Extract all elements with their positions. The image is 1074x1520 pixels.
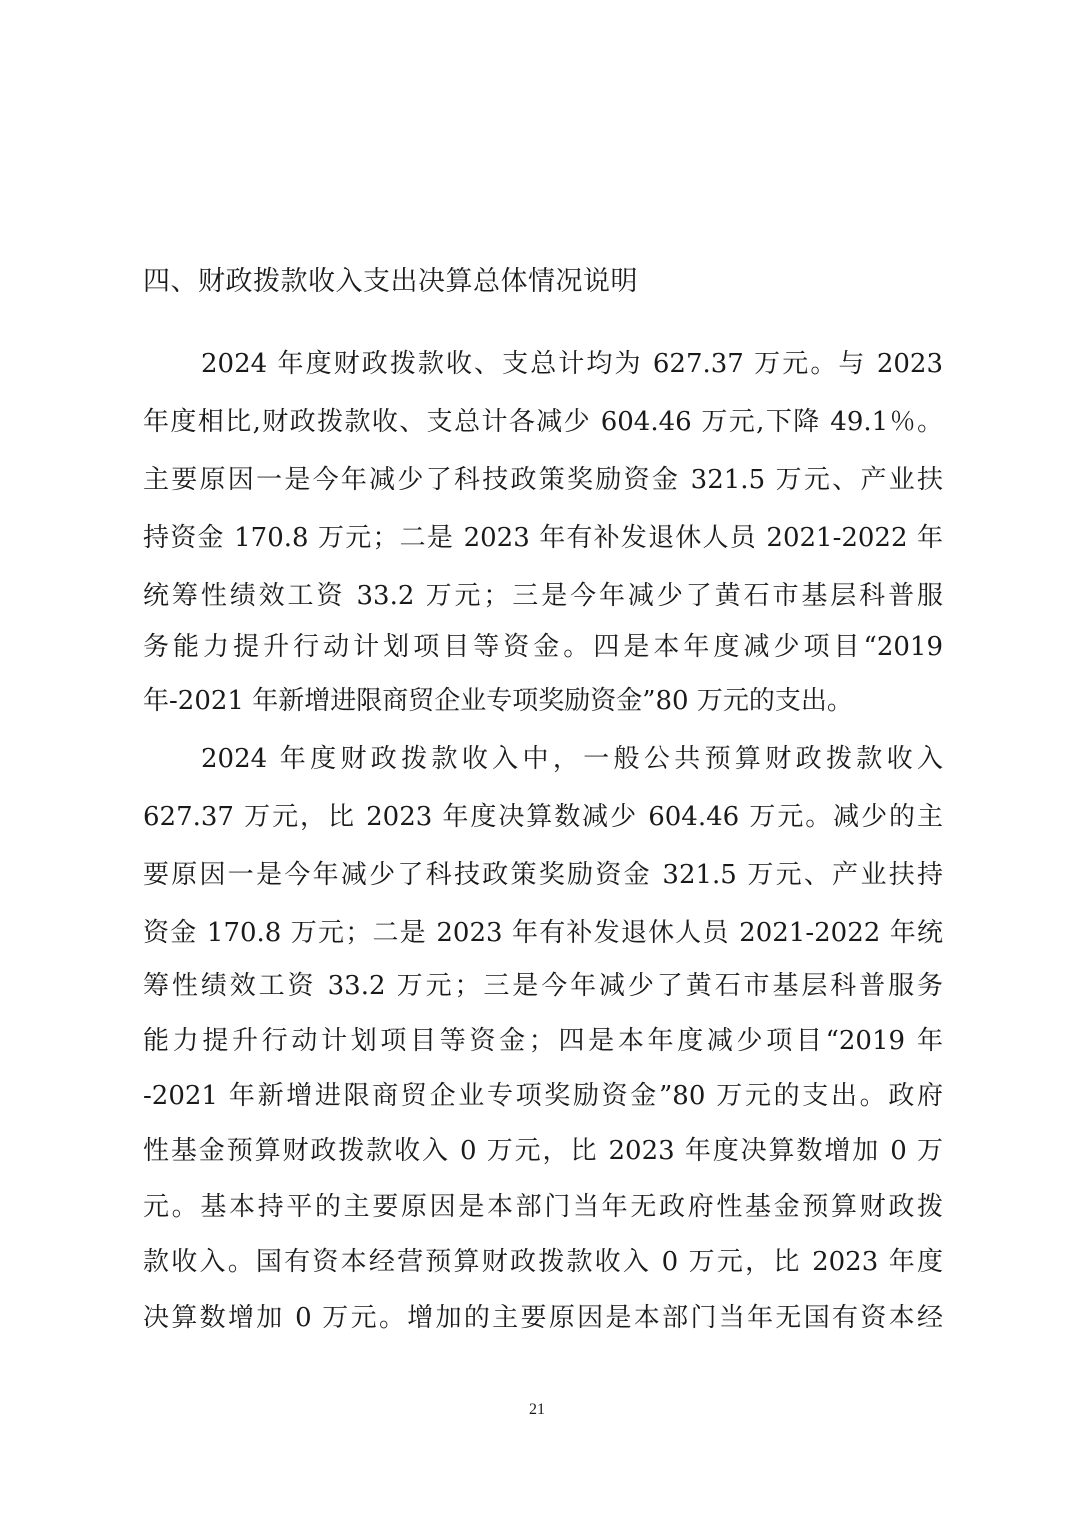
paragraph-1-line-3: 主要原因一是今年减少了科技政策奖励资金 321.5 万元、产业扶 bbox=[143, 460, 943, 500]
paragraph-2-line-11: 决算数增加 0 万元。增加的主要原因是本部门当年无国有资本经 bbox=[143, 1298, 943, 1338]
paragraph-2-line-2: 627.37 万元，比 2023 年度决算数减少 604.46 万元。减少的主 bbox=[143, 797, 943, 837]
paragraph-2-line-10: 款收入。国有资本经营预算财政拨款收入 0 万元，比 2023 年度 bbox=[143, 1242, 943, 1282]
paragraph-1-line-1: 2024 年度财政拨款收、支总计均为 627.37 万元。与 2023 bbox=[201, 344, 943, 384]
paragraph-2-line-1: 2024 年度财政拨款收入中，一般公共预算财政拨款收入 bbox=[201, 739, 943, 779]
paragraph-1-line-4: 持资金 170.8 万元；二是 2023 年有补发退休人员 2021-2022 … bbox=[143, 518, 943, 558]
paragraph-1-line-6: 务能力提升行动计划项目等资金。四是本年度减少项目“2019 bbox=[143, 627, 943, 667]
section-heading: 四、财政拨款收入支出决算总体情况说明 bbox=[143, 262, 638, 302]
paragraph-2-line-9: 元。基本持平的主要原因是本部门当年无政府性基金预算财政拨 bbox=[143, 1187, 943, 1227]
paragraph-1-line-2: 年度相比,财政拨款收、支总计各减少 604.46 万元,下降 49.1％。 bbox=[143, 402, 943, 442]
paragraph-2-line-6: 能力提升行动计划项目等资金；四是本年度减少项目“2019 年 bbox=[143, 1021, 943, 1061]
paragraph-2-line-3: 要原因一是今年减少了科技政策奖励资金 321.5 万元、产业扶持 bbox=[143, 855, 943, 895]
paragraph-1-line-5: 统筹性绩效工资 33.2 万元；三是今年减少了黄石市基层科普服 bbox=[143, 576, 943, 616]
paragraph-1-line-7: 年-2021 年新增进限商贸企业专项奖励资金”80 万元的支出。 bbox=[143, 681, 943, 721]
paragraph-2-line-8: 性基金预算财政拨款收入 0 万元，比 2023 年度决算数增加 0 万 bbox=[143, 1131, 943, 1171]
paragraph-2-line-7: -2021 年新增进限商贸企业专项奖励资金”80 万元的支出。政府 bbox=[143, 1076, 943, 1116]
paragraph-2-line-5: 筹性绩效工资 33.2 万元；三是今年减少了黄石市基层科普服务 bbox=[143, 966, 943, 1006]
paragraph-2-line-4: 资金 170.8 万元；二是 2023 年有补发退休人员 2021-2022 年… bbox=[143, 913, 943, 953]
document-page: 四、财政拨款收入支出决算总体情况说明 2024 年度财政拨款收、支总计均为 62… bbox=[0, 0, 1074, 1520]
page-number: 21 bbox=[0, 1400, 1074, 1420]
